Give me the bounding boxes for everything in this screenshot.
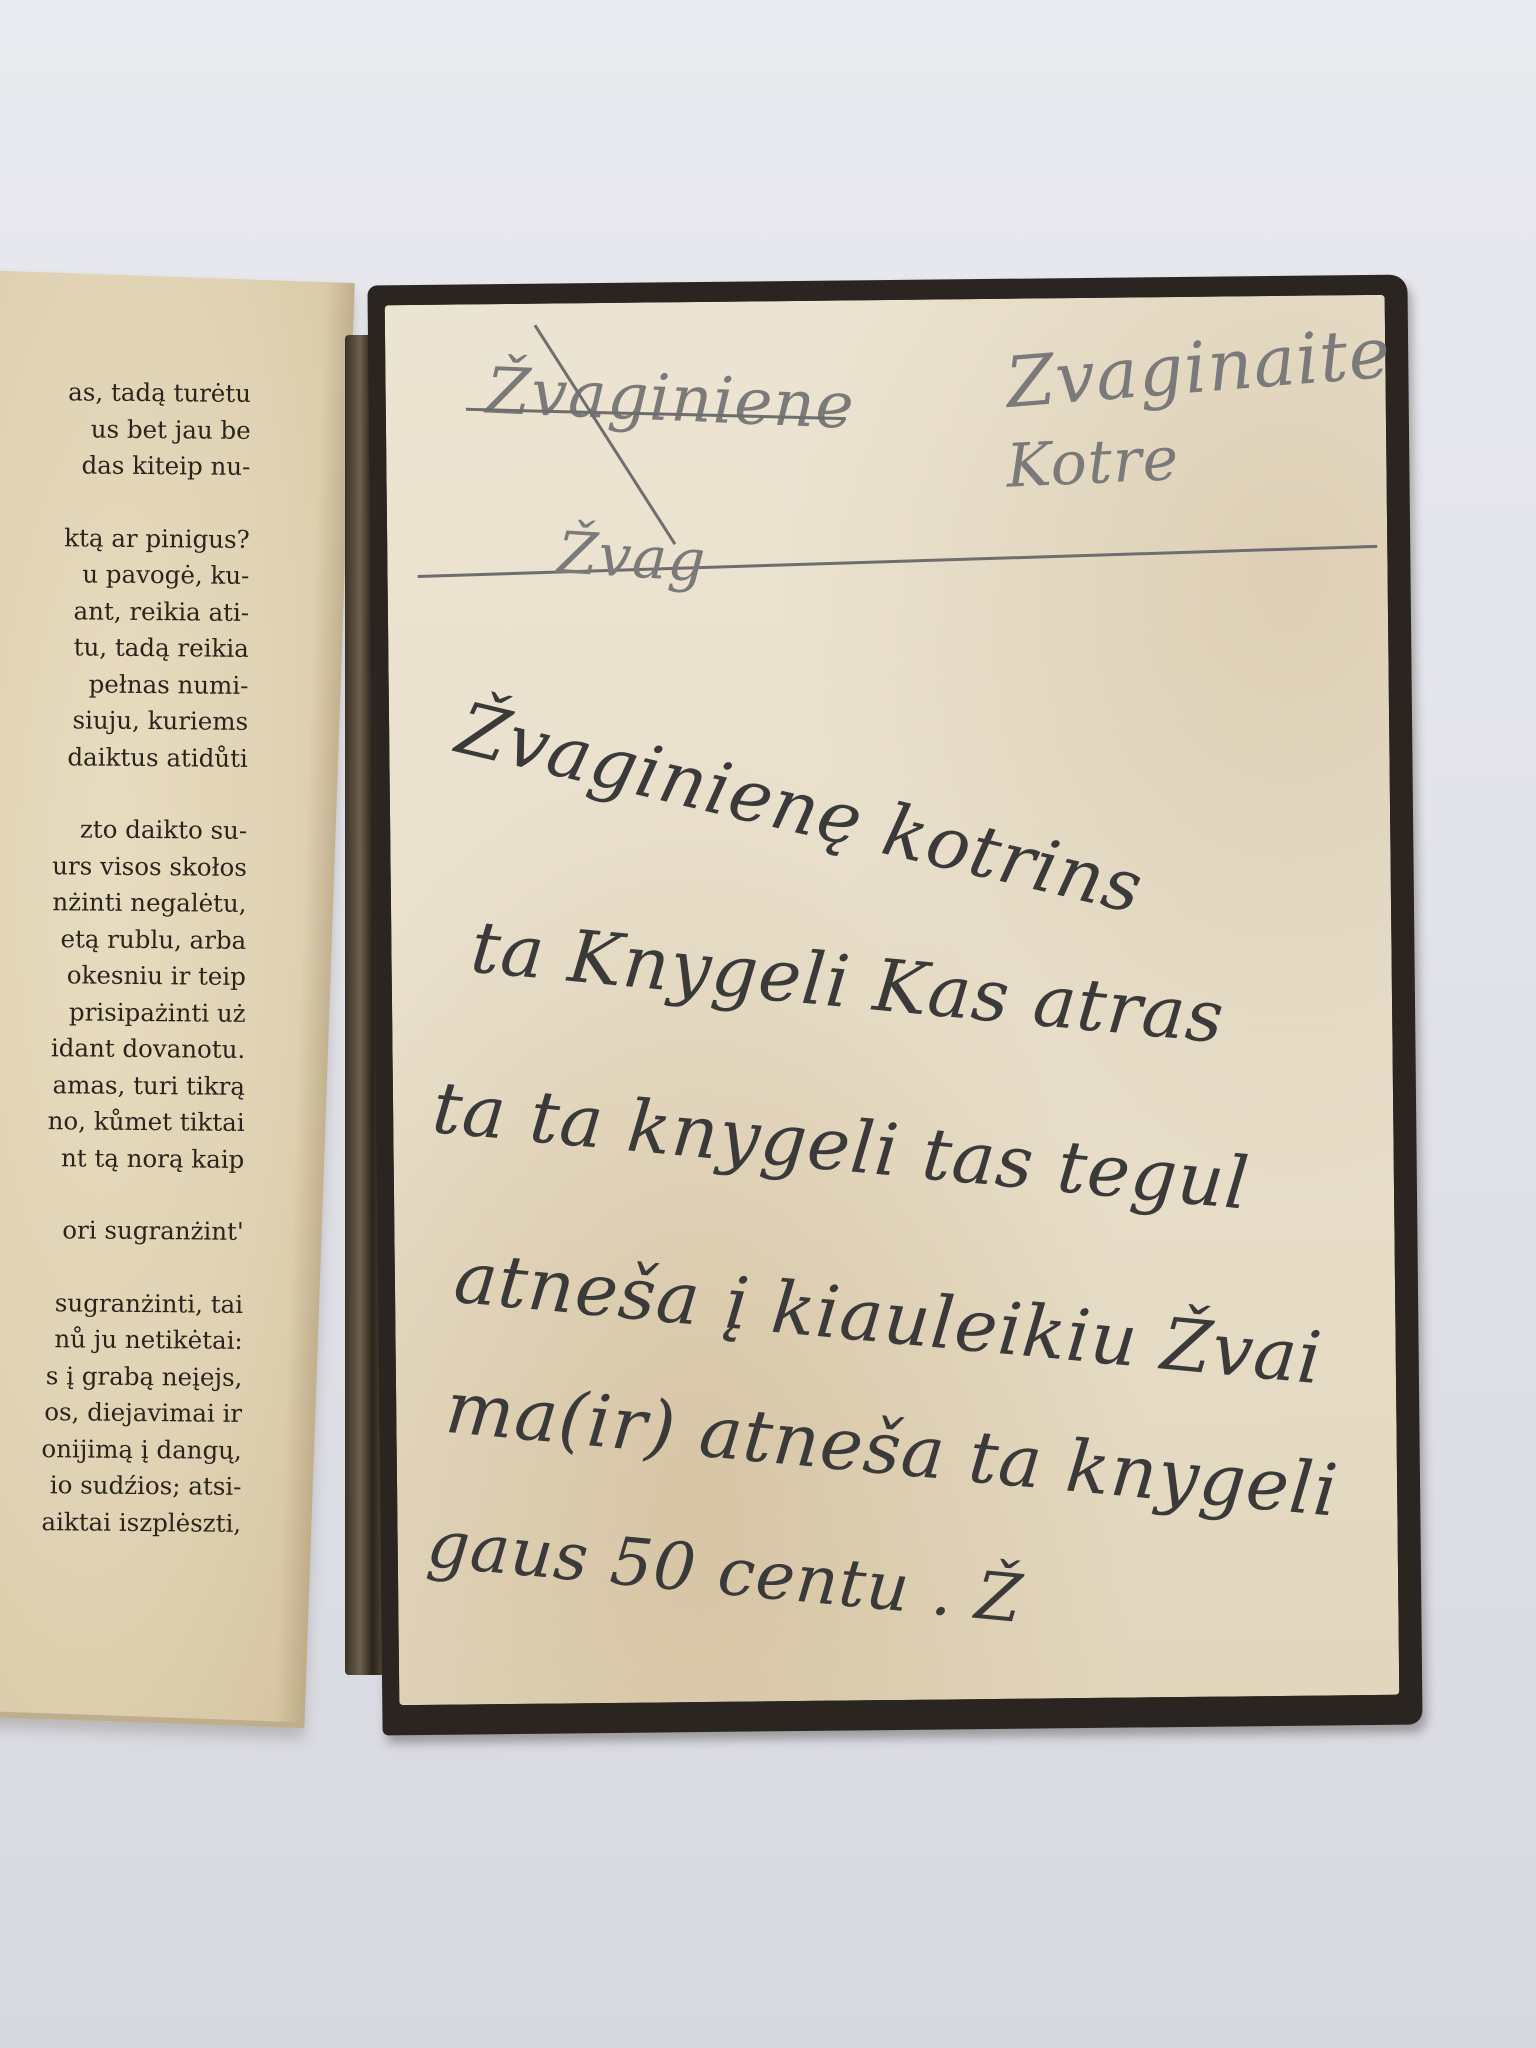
print-gap: [0, 1248, 244, 1287]
print-gap: [0, 774, 248, 813]
print-line: pełnas numi-: [0, 665, 249, 704]
right-page: Žvaginiene Zvaginaite Kotre Žvag Žvagini…: [385, 295, 1400, 1705]
print-line: das kiteip nu-: [0, 446, 251, 485]
handwriting-line-4: atneša į kiauleikiu Žvai: [451, 1235, 1326, 1401]
print-line: onijimą į dangų,: [0, 1430, 242, 1469]
print-line: nt tą norą kaip: [0, 1139, 244, 1178]
book-photo: as, tadą turėtu us bet jau be das kiteip…: [0, 0, 1536, 2048]
print-line: nżinti negalėtu,: [0, 883, 247, 922]
print-line: idant dovanotu.: [0, 1029, 245, 1068]
print-line: siuju, kuriems: [0, 701, 248, 740]
print-gap: [0, 483, 250, 522]
handwriting-top-right-first-name: Kotre: [1005, 424, 1181, 502]
crossed-out-name: Žvaginiene: [484, 355, 856, 444]
print-line: as, tadą turėtu: [0, 373, 251, 412]
print-line: prisipażinti uż: [0, 993, 246, 1032]
print-line: ktą ar pinigus?: [0, 519, 250, 558]
handwriting-line-5: ma(ir) atnešа ta knygeli: [442, 1365, 1341, 1533]
print-line: sugranżinti, tai: [0, 1284, 243, 1323]
print-line: u pavogė, ku-: [0, 555, 250, 594]
print-line: urs visos skołos: [0, 847, 247, 886]
handwriting-line-1: Žvaginienę kotrins: [449, 686, 1151, 930]
print-line: aiktai iszplėszti,: [0, 1503, 241, 1542]
print-line: io sudźios; atsi-: [0, 1466, 242, 1505]
print-line: amas, turi tikrą: [0, 1066, 245, 1105]
handwriting-line-6: gaus 50 centu . Ž: [424, 1505, 1026, 1638]
handwriting-scribble: Žvag: [555, 518, 708, 595]
print-line: okesniu ir teip: [0, 956, 246, 995]
print-line: s į grabą neįejs,: [0, 1357, 243, 1396]
handwriting-line-2: ta Knygeli Kas atras: [467, 905, 1227, 1060]
print-line: tu, tadą reikia: [0, 628, 249, 667]
print-line: daiktus atidůti: [0, 738, 248, 777]
left-page: as, tadą turėtu us bet jau be das kiteip…: [0, 270, 355, 1728]
print-line: etą rublu, arba: [0, 920, 246, 959]
print-line: ant, reikia ati-: [0, 592, 249, 631]
print-gap: [0, 1175, 244, 1214]
print-line: nů ju netikėtai:: [0, 1320, 243, 1359]
print-line: ori sugranżint': [0, 1211, 244, 1250]
print-line: no, kůmet tiktai: [0, 1102, 245, 1141]
print-line: zto daikto su-: [0, 810, 247, 849]
handwriting-top-right-name: Zvaginaite: [1003, 311, 1394, 424]
handwriting-line-3: ta ta knygeli tas tegul: [429, 1065, 1253, 1226]
print-line: os, diejavimai ir: [0, 1393, 242, 1432]
printed-text: as, tadą turėtu us bet jau be das kiteip…: [0, 373, 251, 1541]
print-line: us bet jau be: [0, 410, 251, 449]
